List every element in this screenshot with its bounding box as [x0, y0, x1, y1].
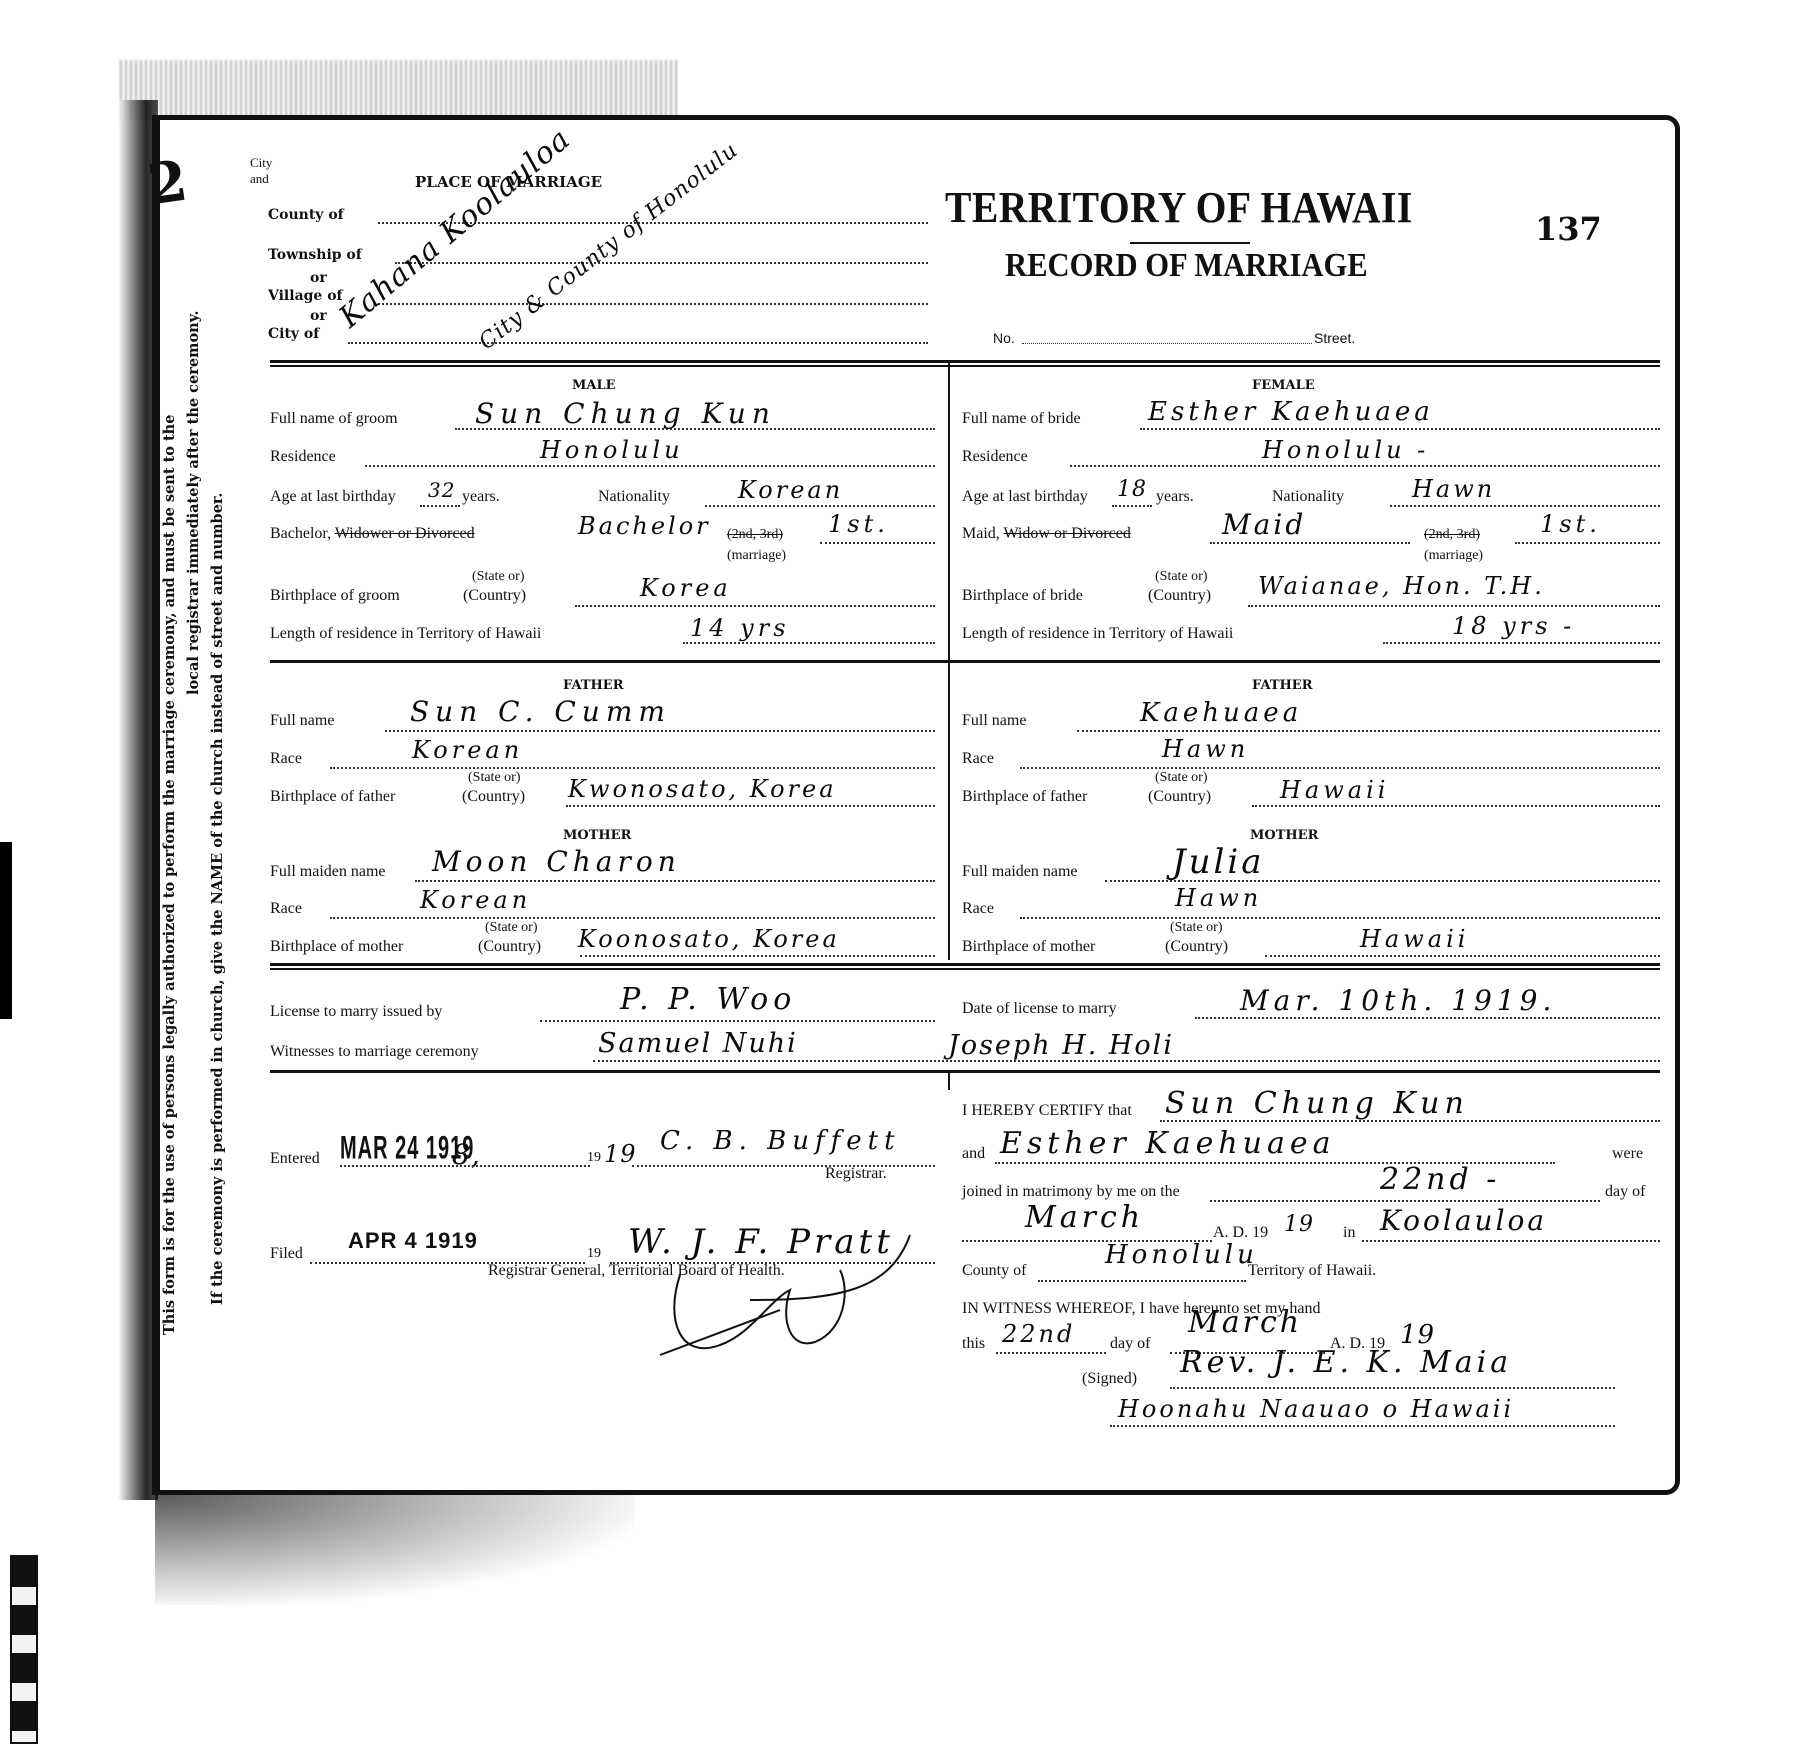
bride-residence-field[interactable]	[1070, 465, 1660, 467]
margin-instructions: This form is for the use of persons lega…	[158, 311, 230, 1335]
bride-status-value: Maid	[1222, 508, 1306, 541]
certify-were-label: were	[1612, 1145, 1643, 1163]
groom-father-race-value: Korean	[412, 736, 523, 764]
groom-father-birthplace-label: Birthplace of father	[270, 788, 395, 806]
license-date-label: Date of license to marry	[962, 1000, 1117, 1018]
section-divider-license	[270, 963, 1660, 966]
registrar-general-label: Registrar General, Territorial Board of …	[488, 1262, 785, 1280]
entered-year-hw: 19	[604, 1140, 637, 1168]
bride-birthplace-label: Birthplace of bride	[962, 587, 1083, 605]
margin-note-line-3: If the ceremony is performed in church, …	[206, 311, 230, 1335]
groom-name-value: Sun Chung Kun	[475, 397, 776, 430]
groom-status-kept: Bachelor,	[270, 525, 331, 542]
bride-mother-name-label: Full maiden name	[962, 863, 1078, 881]
groom-father-name-label: Full name	[270, 712, 334, 730]
groom-father-country: (Country)	[462, 788, 525, 806]
bride-father-name-label: Full name	[962, 712, 1026, 730]
witness-month-value: March	[1188, 1305, 1302, 1340]
city-label: City of	[268, 326, 319, 342]
bride-father-birthplace-label: Birthplace of father	[962, 788, 1087, 806]
certify-county-field[interactable]	[1038, 1280, 1246, 1282]
bride-name-label: Full name of bride	[962, 410, 1081, 428]
registrar-signature-field[interactable]	[632, 1165, 935, 1167]
groom-mother-race-field[interactable]	[330, 917, 935, 919]
bride-father-race-value: Hawn	[1162, 735, 1249, 763]
groom-father-name-field[interactable]	[385, 730, 935, 732]
bride-residence-length-field[interactable]	[1383, 642, 1660, 644]
signed-label: (Signed)	[1082, 1370, 1137, 1388]
witness-1-value: Samuel Nuhi	[598, 1028, 798, 1059]
township-field[interactable]	[395, 262, 928, 264]
bride-mother-name-value: Julia	[1172, 842, 1265, 882]
groom-name-label: Full name of groom	[270, 410, 398, 428]
certify-county-label: County of	[962, 1262, 1026, 1280]
certify-in-label: in	[1343, 1224, 1355, 1242]
filed-year-prefix: 19	[587, 1246, 601, 1262]
officiant-signature-field[interactable]	[1170, 1387, 1615, 1389]
groom-mother-country: (Country)	[478, 938, 541, 956]
certify-year-value: 19	[1284, 1212, 1314, 1237]
license-issued-by-value: P. P. Woo	[620, 982, 796, 1017]
groom-age-field[interactable]	[420, 505, 460, 507]
officiant-signature: Rev. J. E. K. Maia	[1180, 1345, 1512, 1380]
entered-date-field[interactable]	[340, 1165, 590, 1167]
groom-father-name-value: Sun C. Cumm	[410, 695, 671, 728]
certify-bride-value: Esther Kaehuaea	[1000, 1126, 1336, 1161]
groom-residence-value: Honolulu	[540, 436, 684, 464]
bride-residence-value: Honolulu -	[1262, 436, 1429, 464]
groom-father-birthplace-value: Kwonosato, Korea	[568, 775, 837, 803]
bride-birthplace-value: Waianae, Hon. T.H.	[1258, 572, 1545, 600]
scan-shadow-bottom	[155, 1495, 635, 1605]
this-label: this	[962, 1335, 985, 1353]
section-divider-license-2	[270, 968, 1660, 970]
groom-mother-birthplace-label: Birthplace of mother	[270, 938, 403, 956]
bride-age-field[interactable]	[1112, 505, 1152, 507]
groom-birthplace-value: Korea	[640, 574, 732, 602]
groom-status-value: Bachelor	[578, 512, 711, 540]
groom-status-struck: Widower or Divorced	[335, 525, 475, 542]
male-heading: MALE	[572, 378, 616, 393]
groom-mother-race-value: Korean	[420, 886, 531, 914]
street-number-label: No.	[993, 330, 1015, 346]
witness-day-field[interactable]	[996, 1352, 1106, 1354]
bride-father-name-value: Kaehuaea	[1140, 698, 1302, 728]
scan-noise-top	[120, 60, 680, 120]
groom-father-state-or: (State or)	[468, 770, 520, 786]
certify-day-field[interactable]	[1210, 1200, 1600, 1202]
groom-nationality-label: Nationality	[598, 488, 670, 506]
bride-marriage-caption: (marriage)	[1424, 548, 1483, 564]
bride-birthplace-field[interactable]	[1248, 605, 1660, 607]
bride-nationality-label: Nationality	[1272, 488, 1344, 506]
bride-mother-race-value: Hawn	[1175, 884, 1262, 912]
margin-note-line-1: This form is for the use of persons lega…	[158, 311, 182, 1335]
groom-father-birthplace-field[interactable]	[566, 805, 935, 807]
bride-father-state-or: (State or)	[1155, 770, 1207, 786]
day-of-label: day of	[1605, 1183, 1645, 1201]
or-label-1: or	[310, 270, 327, 286]
bride-nationality-field[interactable]	[1390, 505, 1660, 507]
city-and-prefix: City and	[250, 155, 290, 187]
city-field[interactable]	[348, 342, 928, 344]
certify-day-value: 22nd -	[1380, 1162, 1500, 1197]
groom-nationality-field[interactable]	[705, 505, 935, 507]
groom-mother-race-label: Race	[270, 900, 302, 918]
bride-mother-heading: MOTHER	[1250, 828, 1318, 843]
female-heading: FEMALE	[1252, 378, 1315, 393]
groom-mother-birthplace-field[interactable]	[580, 955, 935, 957]
bride-status-field[interactable]	[1210, 542, 1410, 544]
bride-country: (Country)	[1148, 587, 1211, 605]
document-subtitle: RECORD OF MARRIAGE	[1005, 247, 1368, 285]
bride-mother-birthplace-label: Birthplace of mother	[962, 938, 1095, 956]
groom-age-label: Age at last birthday	[270, 488, 396, 506]
bride-status-label: Maid, Widow or Divorced	[962, 525, 1131, 543]
county-label: County of	[268, 207, 344, 223]
header-divider	[270, 360, 1660, 363]
bride-father-country: (Country)	[1148, 788, 1211, 806]
header-divider-2	[270, 365, 1660, 367]
bride-father-race-field[interactable]	[1020, 767, 1660, 769]
groom-marriage-order-struck: (2nd, 3rd)	[727, 527, 783, 543]
bride-father-heading: FATHER	[1252, 678, 1313, 693]
groom-father-heading: FATHER	[563, 678, 624, 693]
license-issued-by-field[interactable]	[540, 1020, 935, 1022]
groom-mother-birthplace-value: Koonosato, Korea	[578, 925, 840, 953]
officiant-title: Hoonahu Naauao o Hawaii	[1118, 1395, 1514, 1423]
street-label: Street.	[1314, 330, 1355, 346]
groom-marriage-order-value: 1st.	[828, 510, 889, 538]
groom-marriage-caption: (marriage)	[727, 548, 786, 564]
groom-years-label: years.	[462, 488, 500, 506]
groom-mother-name-value: Moon Charon	[432, 845, 681, 878]
certify-place-value: Koolauloa	[1380, 1204, 1547, 1237]
bride-marriage-order-field[interactable]	[1515, 542, 1660, 544]
bride-name-value: Esther Kaehuaea	[1148, 397, 1434, 427]
column-divider-lower	[948, 1070, 950, 1090]
bride-father-name-field[interactable]	[1077, 730, 1660, 732]
registrar-label: Registrar.	[825, 1165, 887, 1183]
entered-year-prefix: 19	[587, 1150, 601, 1166]
groom-nationality-value: Korean	[738, 476, 843, 504]
bride-mother-birthplace-field[interactable]	[1265, 955, 1660, 957]
bride-name-field[interactable]	[1140, 428, 1660, 430]
bride-mother-country: (Country)	[1165, 938, 1228, 956]
bride-residence-length-value: 18 yrs -	[1452, 612, 1575, 640]
bride-father-race-label: Race	[962, 750, 994, 768]
officiant-title-field[interactable]	[1110, 1425, 1615, 1427]
section-divider-parents	[270, 660, 1660, 663]
joined-label: joined in matrimony by me on the	[962, 1183, 1180, 1201]
bride-age-value: 18	[1117, 477, 1147, 502]
record-number: 137	[1535, 210, 1602, 248]
witness-day-of-label: day of	[1110, 1335, 1150, 1353]
license-issued-by-label: License to marry issued by	[270, 1003, 442, 1021]
license-date-value: Mar. 10th. 1919.	[1240, 984, 1556, 1017]
groom-residence-length-value: 14 yrs	[690, 614, 790, 642]
street-number-field[interactable]	[1022, 343, 1312, 344]
groom-residence-field[interactable]	[365, 465, 935, 467]
filed-label: Filed	[270, 1245, 303, 1263]
section-divider-certify	[270, 1070, 1660, 1073]
witness-2-value: Joseph H. Holi	[948, 1030, 1174, 1061]
registrar-flourish	[640, 1230, 960, 1360]
groom-father-race-field[interactable]	[330, 767, 935, 769]
bride-years-label: years.	[1156, 488, 1194, 506]
bride-status-kept: Maid,	[962, 525, 1000, 542]
groom-mother-name-label: Full maiden name	[270, 863, 386, 881]
groom-status-label: Bachelor, Widower or Divorced	[270, 525, 475, 543]
filed-stamp: APR 4 1919	[348, 1228, 478, 1254]
certify-county-value: Honolulu	[1105, 1240, 1258, 1270]
registrar-signature: C. B. Buffett	[660, 1126, 901, 1156]
certify-place-field[interactable]	[1362, 1240, 1660, 1242]
territory-label: Territory of Hawaii.	[1248, 1262, 1376, 1280]
certify-label: I HEREBY CERTIFY that	[962, 1102, 1132, 1120]
bride-marriage-order-value: 1st.	[1540, 510, 1601, 538]
bride-mother-birthplace-value: Hawaii	[1360, 925, 1469, 953]
witnesses-label: Witnesses to marriage ceremony	[270, 1043, 479, 1061]
license-date-field[interactable]	[1195, 1017, 1660, 1019]
entered-label: Entered	[270, 1150, 320, 1168]
groom-country: (Country)	[463, 587, 526, 605]
film-strip-marker	[10, 1555, 38, 1744]
groom-residence-length-field[interactable]	[683, 642, 935, 644]
scan-edge-tab	[0, 842, 12, 1019]
title-divider	[1130, 242, 1250, 244]
bride-mother-race-label: Race	[962, 900, 994, 918]
groom-birthplace-field[interactable]	[575, 605, 935, 607]
certify-groom-value: Sun Chung Kun	[1165, 1086, 1469, 1121]
witness-day-value: 22nd	[1002, 1320, 1075, 1348]
bride-father-birthplace-field[interactable]	[1252, 805, 1660, 807]
groom-marriage-order-field[interactable]	[820, 542, 935, 544]
groom-mother-heading: MOTHER	[563, 828, 631, 843]
certify-and-label: and	[962, 1145, 985, 1163]
village-field[interactable]	[378, 303, 928, 305]
bride-nationality-value: Hawn	[1412, 475, 1495, 503]
bride-status-struck: Widow or Divorced	[1004, 525, 1131, 542]
bride-father-birthplace-value: Hawaii	[1280, 776, 1389, 804]
margin-note-line-2: local registrar immediately after the ce…	[182, 311, 206, 1335]
groom-state-or: (State or)	[472, 569, 524, 585]
groom-mother-name-field[interactable]	[415, 880, 935, 882]
bride-state-or: (State or)	[1155, 569, 1207, 585]
document-title: TERRITORY OF HAWAII	[945, 182, 1413, 233]
township-label: Township of	[268, 247, 362, 263]
bride-marriage-order-struck: (2nd, 3rd)	[1424, 527, 1480, 543]
bride-mother-race-field[interactable]	[1020, 917, 1660, 919]
or-label-2: or	[310, 308, 327, 324]
groom-residence-length-label: Length of residence in Territory of Hawa…	[270, 625, 541, 643]
village-label: Village of	[268, 288, 343, 304]
groom-birthplace-label: Birthplace of groom	[270, 587, 400, 605]
groom-mother-state-or: (State or)	[485, 920, 537, 936]
bride-residence-label: Residence	[962, 448, 1028, 466]
bride-mother-state-or: (State or)	[1170, 920, 1222, 936]
groom-residence-label: Residence	[270, 448, 336, 466]
bride-residence-length-label: Length of residence in Territory of Hawa…	[962, 625, 1233, 643]
certify-month-value: March	[1025, 1200, 1144, 1235]
groom-father-race-label: Race	[270, 750, 302, 768]
bride-age-label: Age at last birthday	[962, 488, 1088, 506]
groom-age-value: 32	[428, 478, 455, 502]
